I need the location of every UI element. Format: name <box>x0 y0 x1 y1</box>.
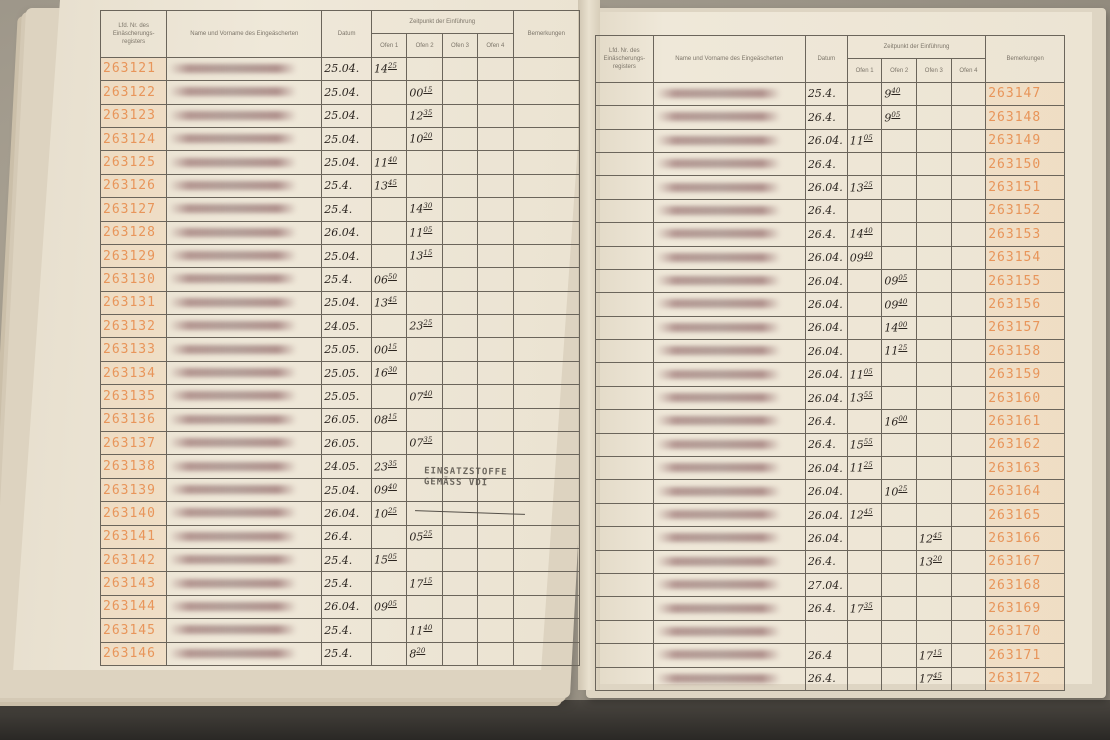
empty-cell <box>847 480 882 503</box>
register-number: 263137 <box>101 432 167 455</box>
table-row: 26314325.4.1715 <box>101 572 580 595</box>
empty-cell <box>951 199 986 222</box>
table-row: 26.04.1025263164 <box>596 480 1065 503</box>
register-number-empty <box>596 597 654 620</box>
empty-cell <box>371 619 406 642</box>
empty-cell <box>916 410 951 433</box>
register-number: 263134 <box>101 361 167 384</box>
time-entry: 0940 <box>371 478 406 501</box>
time-entry: 1140 <box>371 151 406 174</box>
register-number: 263126 <box>101 174 167 197</box>
name-cell-redacted <box>653 199 805 222</box>
empty-cell <box>916 503 951 526</box>
name-cell-redacted <box>653 386 805 409</box>
table-row: 26.41715263171 <box>596 644 1065 667</box>
time-entry: 1025 <box>882 480 917 503</box>
empty-cell <box>951 480 986 503</box>
blurred-name <box>169 485 296 494</box>
empty-cell <box>882 597 917 620</box>
empty-cell <box>951 550 986 573</box>
empty-cell <box>442 642 477 665</box>
blurred-name <box>169 181 296 190</box>
blurred-name <box>656 136 781 145</box>
empty-cell <box>916 316 951 339</box>
time-entry: 1235 <box>407 104 442 127</box>
empty-cell <box>847 340 882 363</box>
register-number: 263121 <box>101 57 167 80</box>
name-cell-redacted <box>653 573 805 596</box>
remarks-register-number: 263153 <box>986 223 1065 246</box>
blurred-name <box>169 111 296 120</box>
remarks-register-number: 263158 <box>986 340 1065 363</box>
date-cell: 26.04. <box>805 386 847 409</box>
remarks-cell <box>513 595 579 618</box>
register-number: 263141 <box>101 525 167 548</box>
date-cell: 26.4. <box>805 550 847 573</box>
blurred-name <box>169 64 296 73</box>
empty-cell <box>847 199 882 222</box>
register-number: 263122 <box>101 81 167 104</box>
empty-cell <box>478 221 513 244</box>
empty-cell <box>442 502 477 525</box>
empty-cell <box>442 548 477 571</box>
empty-cell <box>882 176 917 199</box>
remarks-register-number: 263168 <box>986 573 1065 596</box>
empty-cell <box>371 81 406 104</box>
date-cell: 25.4. <box>322 619 372 642</box>
date-cell: 26.04. <box>322 502 372 525</box>
remarks-cell <box>513 478 579 501</box>
table-row: 26.04.1105263149 <box>596 129 1065 152</box>
blurred-name <box>169 579 296 588</box>
table-row: 26.04.0905263155 <box>596 269 1065 292</box>
empty-cell <box>951 433 986 456</box>
remarks-register-number: 263161 <box>986 410 1065 433</box>
empty-cell <box>951 176 986 199</box>
blurred-name <box>169 251 296 260</box>
name-cell-redacted <box>167 642 322 665</box>
name-cell-redacted <box>167 385 322 408</box>
table-row: 26314126.4.0525 <box>101 525 580 548</box>
empty-cell <box>951 620 986 643</box>
name-cell-redacted <box>167 361 322 384</box>
time-entry: 1715 <box>916 644 951 667</box>
empty-cell <box>847 644 882 667</box>
name-cell-redacted <box>653 269 805 292</box>
empty-cell <box>951 340 986 363</box>
table-row: 26.04.1355263160 <box>596 386 1065 409</box>
table-row: 25.4.940263147 <box>596 82 1065 105</box>
register-number: 263146 <box>101 642 167 665</box>
remarks-cell <box>513 572 579 595</box>
time-entry: 1425 <box>371 57 406 80</box>
table-row: 26312525.04.1140 <box>101 151 580 174</box>
blurred-name <box>656 183 781 192</box>
header-date: Datum <box>805 36 847 83</box>
time-entry: 1355 <box>847 386 882 409</box>
empty-cell <box>916 176 951 199</box>
name-cell-redacted <box>167 572 322 595</box>
time-entry: 1430 <box>407 198 442 221</box>
empty-cell <box>407 291 442 314</box>
name-cell-redacted <box>167 408 322 431</box>
register-number: 263140 <box>101 502 167 525</box>
name-cell-redacted <box>167 619 322 642</box>
name-cell-redacted <box>653 503 805 526</box>
table-row: 26.4.1320263167 <box>596 550 1065 573</box>
blurred-name <box>656 206 781 215</box>
empty-cell <box>882 503 917 526</box>
register-number-empty <box>596 527 654 550</box>
empty-cell <box>478 385 513 408</box>
time-entry: 1140 <box>407 619 442 642</box>
table-row: 26.04.1400263157 <box>596 316 1065 339</box>
blurred-name <box>169 321 296 330</box>
empty-cell <box>951 386 986 409</box>
header-regnr: Lfd. Nr. des Einäscherungs-registers <box>101 11 167 58</box>
blurred-name <box>169 158 296 167</box>
name-cell-redacted <box>167 338 322 361</box>
empty-cell <box>407 595 442 618</box>
remarks-cell <box>513 432 579 455</box>
blurred-name <box>169 532 296 541</box>
time-entry: 1440 <box>847 223 882 246</box>
empty-cell <box>442 268 477 291</box>
date-cell: 25.04. <box>322 291 372 314</box>
time-entry: 1400 <box>882 316 917 339</box>
register-number-empty <box>596 644 654 667</box>
register-number-empty <box>596 293 654 316</box>
header-oven2: Ofen 2 <box>407 34 442 57</box>
name-cell-redacted <box>653 644 805 667</box>
empty-cell <box>478 104 513 127</box>
empty-cell <box>442 315 477 338</box>
header-oven3: Ofen 3 <box>442 34 477 57</box>
blurred-name <box>656 510 781 519</box>
empty-cell <box>882 457 917 480</box>
remarks-register-number: 263170 <box>986 620 1065 643</box>
date-cell: 26.4. <box>805 433 847 456</box>
empty-cell <box>882 363 917 386</box>
remarks-register-number: 263157 <box>986 316 1065 339</box>
empty-cell <box>478 57 513 80</box>
empty-cell <box>951 667 986 690</box>
name-cell-redacted <box>653 457 805 480</box>
remarks-register-number: 263167 <box>986 550 1065 573</box>
empty-cell <box>478 408 513 431</box>
name-cell-redacted <box>653 480 805 503</box>
register-number: 263131 <box>101 291 167 314</box>
empty-cell <box>442 572 477 595</box>
remarks-register-number: 263149 <box>986 129 1065 152</box>
register-number: 263139 <box>101 478 167 501</box>
remarks-cell <box>513 525 579 548</box>
empty-cell <box>847 667 882 690</box>
empty-cell <box>916 223 951 246</box>
blurred-name <box>169 625 296 634</box>
register-number-empty <box>596 340 654 363</box>
blurred-name <box>656 487 781 496</box>
date-cell: 25.04. <box>322 127 372 150</box>
register-number-empty <box>596 503 654 526</box>
date-cell: 25.4. <box>322 548 372 571</box>
table-row: 26313525.05.0740 <box>101 385 580 408</box>
name-cell-redacted <box>653 176 805 199</box>
empty-cell <box>442 174 477 197</box>
empty-cell <box>916 199 951 222</box>
remarks-register-number: 263148 <box>986 106 1065 129</box>
table-row: 26.04.0940263156 <box>596 293 1065 316</box>
table-row: 26.4.1735263169 <box>596 597 1065 620</box>
empty-cell <box>442 408 477 431</box>
empty-cell <box>478 291 513 314</box>
name-cell-redacted <box>167 221 322 244</box>
time-entry: 1315 <box>407 244 442 267</box>
empty-cell <box>847 293 882 316</box>
empty-cell <box>442 525 477 548</box>
empty-cell <box>371 315 406 338</box>
time-entry: 1345 <box>371 174 406 197</box>
ink-stamp: EINSATZSTOFFE GEMÄSS VDI <box>424 466 508 489</box>
date-cell: 25.04. <box>322 244 372 267</box>
empty-cell <box>442 432 477 455</box>
blurred-name <box>656 112 781 121</box>
remarks-register-number: 263150 <box>986 152 1065 175</box>
empty-cell <box>951 503 986 526</box>
blurred-name <box>656 393 781 402</box>
empty-cell <box>951 293 986 316</box>
empty-cell <box>371 127 406 150</box>
empty-cell <box>951 573 986 596</box>
name-cell-redacted <box>167 104 322 127</box>
name-cell-redacted <box>653 527 805 550</box>
remarks-register-number: 263160 <box>986 386 1065 409</box>
remarks-cell <box>513 338 579 361</box>
remarks-register-number: 263171 <box>986 644 1065 667</box>
empty-cell <box>951 82 986 105</box>
time-entry: 0015 <box>371 338 406 361</box>
name-cell-redacted <box>653 667 805 690</box>
remarks-cell <box>513 619 579 642</box>
time-entry: 1325 <box>847 176 882 199</box>
time-entry: 1555 <box>847 433 882 456</box>
register-number-empty <box>596 199 654 222</box>
blurred-name <box>169 462 296 471</box>
time-entry: 1345 <box>371 291 406 314</box>
empty-cell <box>882 667 917 690</box>
date-cell: 26.4. <box>805 410 847 433</box>
name-cell-redacted <box>167 151 322 174</box>
header-name: Name und Vorname des Eingeäscherten <box>653 36 805 83</box>
name-cell-redacted <box>653 550 805 573</box>
empty-cell <box>951 106 986 129</box>
table-row: 26313626.05.0815 <box>101 408 580 431</box>
empty-cell <box>478 198 513 221</box>
header-remarks: Bemerkungen <box>513 11 579 58</box>
name-cell-redacted <box>167 127 322 150</box>
table-row: 26.4.1555263162 <box>596 433 1065 456</box>
date-cell: 26.04. <box>805 527 847 550</box>
blurred-name <box>656 323 781 332</box>
empty-cell <box>371 572 406 595</box>
blurred-name <box>656 580 781 589</box>
empty-cell <box>478 572 513 595</box>
remarks-cell <box>513 291 579 314</box>
register-number-empty <box>596 316 654 339</box>
empty-cell <box>371 642 406 665</box>
blurred-name <box>169 274 296 283</box>
remarks-register-number: 263154 <box>986 246 1065 269</box>
empty-cell <box>951 269 986 292</box>
empty-cell <box>916 129 951 152</box>
empty-cell <box>951 129 986 152</box>
remarks-register-number: 263166 <box>986 527 1065 550</box>
table-row: 26313325.05.0015 <box>101 338 580 361</box>
register-number-empty <box>596 480 654 503</box>
name-cell-redacted <box>167 198 322 221</box>
empty-cell <box>951 527 986 550</box>
empty-cell <box>847 573 882 596</box>
header-oven3: Ofen 3 <box>916 59 951 82</box>
blurred-name <box>656 604 781 613</box>
register-number-empty <box>596 573 654 596</box>
register-number-empty <box>596 176 654 199</box>
empty-cell <box>882 620 917 643</box>
empty-cell <box>407 268 442 291</box>
empty-cell <box>407 548 442 571</box>
date-cell: 25.4. <box>322 174 372 197</box>
empty-cell <box>882 152 917 175</box>
blurred-name <box>169 508 296 517</box>
time-entry: 1125 <box>882 340 917 363</box>
time-entry: 0015 <box>407 81 442 104</box>
register-number: 263135 <box>101 385 167 408</box>
blurred-name <box>656 159 781 168</box>
name-cell-redacted <box>653 433 805 456</box>
remarks-cell <box>513 104 579 127</box>
time-entry: 940 <box>882 82 917 105</box>
empty-cell <box>882 386 917 409</box>
blurred-name <box>656 416 781 425</box>
time-entry: 1715 <box>407 572 442 595</box>
time-entry: 2335 <box>371 455 406 478</box>
empty-cell <box>478 268 513 291</box>
empty-cell <box>916 620 951 643</box>
empty-cell <box>882 246 917 269</box>
blurred-name <box>169 228 296 237</box>
date-cell: 26.04. <box>805 363 847 386</box>
empty-cell <box>916 363 951 386</box>
remarks-cell <box>513 57 579 80</box>
empty-cell <box>916 293 951 316</box>
blurred-name <box>169 391 296 400</box>
empty-cell <box>478 642 513 665</box>
register-number-empty <box>596 410 654 433</box>
register-number-empty <box>596 106 654 129</box>
empty-cell <box>442 81 477 104</box>
table-row: 26.4.263152 <box>596 199 1065 222</box>
table-row: 26313025.4.0650 <box>101 268 580 291</box>
register-number-empty <box>596 152 654 175</box>
time-entry: 1320 <box>916 550 951 573</box>
register-number-empty <box>596 82 654 105</box>
empty-cell <box>371 244 406 267</box>
empty-cell <box>916 152 951 175</box>
register-number-empty <box>596 386 654 409</box>
blurred-name <box>169 345 296 354</box>
table-row: 26.04.1245263165 <box>596 503 1065 526</box>
date-cell: 26.04. <box>322 595 372 618</box>
register-number: 263133 <box>101 338 167 361</box>
empty-cell <box>916 246 951 269</box>
table-row: 26312125.04.1425 <box>101 57 580 80</box>
name-cell-redacted <box>653 246 805 269</box>
blurred-name <box>656 370 781 379</box>
table-row: 26.4.1745263172 <box>596 667 1065 690</box>
name-cell-redacted <box>167 291 322 314</box>
blurred-name <box>656 346 781 355</box>
name-cell-redacted <box>167 315 322 338</box>
empty-cell <box>478 619 513 642</box>
time-entry: 1105 <box>847 129 882 152</box>
name-cell-redacted <box>653 223 805 246</box>
name-cell-redacted <box>167 548 322 571</box>
empty-cell <box>478 81 513 104</box>
empty-cell <box>371 385 406 408</box>
remarks-register-number: 263155 <box>986 269 1065 292</box>
register-number: 263130 <box>101 268 167 291</box>
empty-cell <box>478 127 513 150</box>
blurred-name <box>656 253 781 262</box>
date-cell: 25.04. <box>322 478 372 501</box>
empty-cell <box>951 363 986 386</box>
time-entry: 1630 <box>371 361 406 384</box>
table-row: 26313824.05.2335 <box>101 455 580 478</box>
time-entry: 0905 <box>882 269 917 292</box>
remarks-cell <box>513 455 579 478</box>
date-cell <box>805 620 847 643</box>
empty-cell <box>847 410 882 433</box>
blurred-name <box>169 368 296 377</box>
empty-cell <box>951 246 986 269</box>
blurred-name <box>656 229 781 238</box>
remarks-register-number: 263172 <box>986 667 1065 690</box>
date-cell: 25.4. <box>322 268 372 291</box>
table-row: 26.4.1440263153 <box>596 223 1065 246</box>
name-cell-redacted <box>653 106 805 129</box>
name-cell-redacted <box>653 316 805 339</box>
register-number: 263132 <box>101 315 167 338</box>
date-cell: 25.05. <box>322 338 372 361</box>
empty-cell <box>882 129 917 152</box>
table-row: 26313125.04.1345 <box>101 291 580 314</box>
blurred-name <box>169 134 296 143</box>
header-oven1: Ofen 1 <box>371 34 406 57</box>
blurred-name <box>169 204 296 213</box>
empty-cell <box>847 82 882 105</box>
table-row: 263170 <box>596 620 1065 643</box>
empty-cell <box>442 198 477 221</box>
date-cell: 26.04. <box>322 221 372 244</box>
blurred-name <box>656 440 781 449</box>
empty-cell <box>478 595 513 618</box>
empty-cell <box>442 385 477 408</box>
time-entry: 1505 <box>371 548 406 571</box>
empty-cell <box>951 644 986 667</box>
table-row: 26.04.1245263166 <box>596 527 1065 550</box>
register-number: 263127 <box>101 198 167 221</box>
name-cell-redacted <box>167 244 322 267</box>
